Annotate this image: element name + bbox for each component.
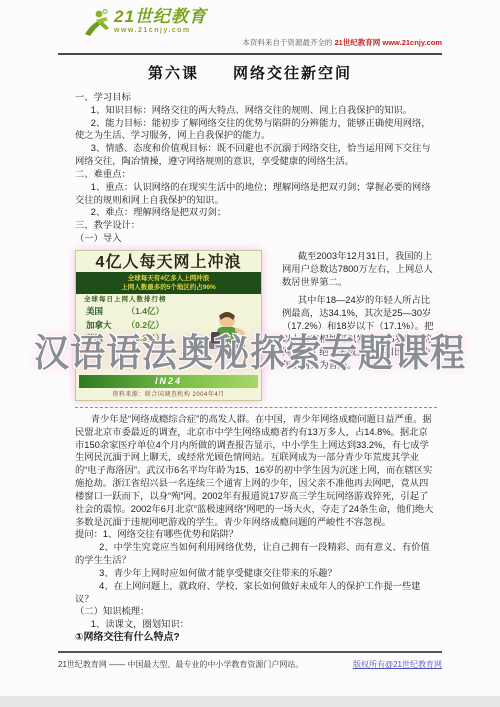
logo-text-block: 21世纪教育 www.21cnjy.com <box>114 8 207 34</box>
country-value: （0.2亿） <box>127 319 164 332</box>
document-body: 一、学习目标 1、知识目标：网络交往的两大特点、网络交往的规则、网上自我保护的知… <box>75 91 437 645</box>
objective-item: 1、知识目标：网络交往的两大特点、网络交往的规则、网上自我保护的知识。 <box>75 104 437 117</box>
infographic-subtitle-band: 全球每天有4亿多人上网冲浪 上网人数最多的5个地区约占96% <box>76 272 261 295</box>
running-person-icon <box>82 8 112 45</box>
country-label: 英国 <box>86 332 103 345</box>
country-value: （1.4亿） <box>127 305 164 318</box>
question-item: 3、青少年上网时应如何做才能享受健康交往带来的乐趣？ <box>75 567 437 580</box>
copyright-link[interactable]: 版权所有@21世纪教育网 <box>353 659 442 670</box>
country-label: 美国 <box>86 305 103 318</box>
infographic-subtitle-line1: 全球每天有4亿多人上网冲浪 <box>79 274 258 283</box>
logo-url: www.21cnjy.com <box>114 27 207 34</box>
infographic-row: 美国 （1.4亿） <box>76 305 164 318</box>
objective-item: 3、情感、态度和价值观目标：既不回避也不沉溺于网络交往，恰当运用网下交往与网络交… <box>75 142 437 168</box>
intro-text-column: 截至2003年12月31日，我国的上网用户总数达7800万左右，上网总人数居世界… <box>282 250 437 401</box>
site-logo[interactable]: 21世纪教育 www.21cnjy.com <box>82 8 207 45</box>
knowledge-step: 1、读课文，圈划知识： <box>75 618 437 631</box>
page-title: 第六课 网络交往新空间 <box>0 62 500 83</box>
tagline-prefix: 本资料来自于资源最齐全的 <box>242 38 332 47</box>
tagline-site-link[interactable]: 21世纪教育网 www.21cnjy.com <box>334 38 442 47</box>
cartoon-surfer-icon <box>197 308 255 370</box>
main-paragraph: 青少年是“网络成瘾综合症”的高发人群。在中国，青少年网络成瘾问题日益严重。据民盟… <box>75 413 437 528</box>
question-item: 2、中学生究竟应当如何利用网络优势，让自己拥有一段精彩、而有意义、有价值的学生生… <box>75 541 437 567</box>
logo-title: 21世纪教育 <box>114 8 207 25</box>
bold-question: ①网络交往有什么特点? <box>75 631 437 645</box>
intro-columns: 4亿人每天网上冲浪 全球每天有4亿多人上网冲浪 上网人数最多的5个地区约占96%… <box>75 250 437 401</box>
page-header: 21世纪教育 www.21cnjy.com 本资料来自于资源最齐全的 21世纪教… <box>58 6 442 55</box>
keypoint-item: 1、重点：认识网络的在现实生活中的地位；理解网络是把双刃剑；掌握必要的网络交往的… <box>75 181 437 207</box>
knowledge-section-heading: （二）知识梳理： <box>75 605 437 618</box>
scan-edge-shadow <box>0 696 500 707</box>
country-label: 加拿大 <box>86 319 112 332</box>
intro-paragraph: 截至2003年12月31日，我国的上网用户总数达7800万左右，上网总人数居世界… <box>282 250 437 290</box>
header-tagline: 本资料来自于资源最齐全的 21世纪教育网 www.21cnjy.com <box>242 37 442 48</box>
infographic-caption: 资料来源：联合国调查机构 2004年4月 <box>76 391 261 399</box>
infographic-row: 加拿大 （0.2亿） <box>76 319 164 332</box>
infographic-headline: 4亿人每天网上冲浪 <box>76 251 261 272</box>
section-3-heading: 三、教学设计： <box>75 219 437 232</box>
section-3-sub: （一）导入 <box>75 232 437 245</box>
infographic-table-heading: 全球每日上网人数排行榜 <box>76 294 261 305</box>
question-item: 提问：1、网络交往有哪些优势和陷阱？ <box>75 528 437 541</box>
section-1-heading: 一、学习目标 <box>75 91 437 104</box>
news-infographic-image: 4亿人每天网上冲浪 全球每天有4亿多人上网冲浪 上网人数最多的5个地区约占96%… <box>75 250 262 401</box>
infographic-row: 英国 （0.3亿） <box>76 332 164 345</box>
keypoint-item: 2、难点：理解网络是把双刃剑； <box>75 206 437 219</box>
intro-paragraph: 其中年18—24岁的年轻人所占比例最高，达34.1%，其次是25—30岁（17.… <box>282 294 437 373</box>
country-value: （0.3亿） <box>127 332 164 345</box>
page-footer: 21世纪教育网 —— 中国最大型、最专业的中小学教育资源门户网站。 版权所有@2… <box>58 651 442 670</box>
objective-item: 2、能力目标：能初步了解网络交往的优势与陷阱的分辨能力，能够正确使用网络，使之为… <box>75 117 437 143</box>
question-list: 提问：1、网络交往有哪些优势和陷阱？ 2、中学生究竟应当如何利用网络优势，让自己… <box>75 528 437 644</box>
question-item: 4、在上网问题上，就政府、学校、家长如何做好未成年人的保护工作提一些建议？ <box>75 580 437 606</box>
document-page: 21世纪教育 www.21cnjy.com 本资料来自于资源最齐全的 21世纪教… <box>0 0 500 707</box>
section-2-heading: 二、难重点： <box>75 168 437 181</box>
infographic-logo-banner: IN24 <box>79 375 258 388</box>
infographic-subtitle-line2: 上网人数最多的5个地区约占96% <box>79 283 258 292</box>
dashed-divider <box>75 407 437 408</box>
footer-text: 21世纪教育网 —— 中国最大型、最专业的中小学教育资源门户网站。 <box>58 659 303 670</box>
